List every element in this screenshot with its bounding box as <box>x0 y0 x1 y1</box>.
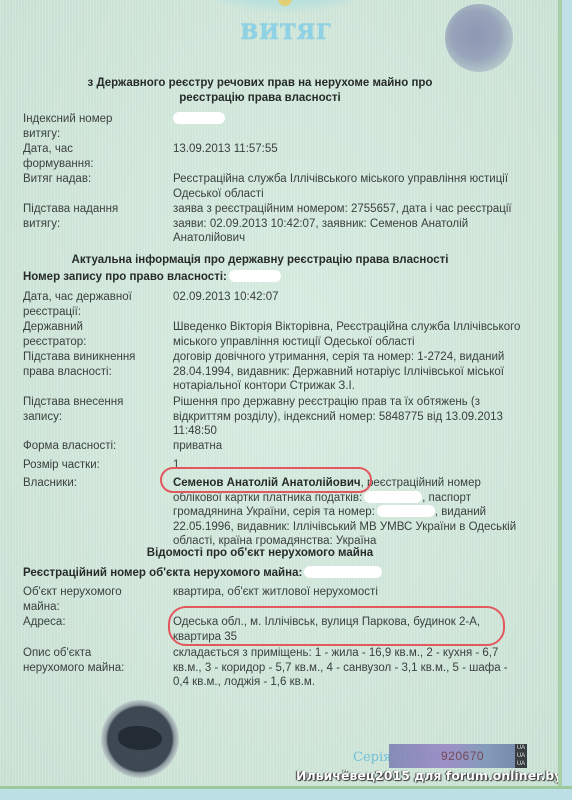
page-border-bottom <box>0 786 572 800</box>
redacted-value <box>377 505 435 517</box>
document-subtitle: з Державного реєстру речових прав на нер… <box>60 76 460 106</box>
ukraine-map-icon <box>118 726 162 750</box>
redacted-value <box>364 491 422 503</box>
redacted-value <box>229 270 281 282</box>
page-border-right <box>558 0 572 800</box>
redacted-value <box>304 566 382 578</box>
document-page: ВИТЯГ з Державного реєстру речових прав … <box>0 0 572 800</box>
coat-of-arms-ornament <box>200 0 370 12</box>
section-title-ownership: Актуальна інформація про державну реєстр… <box>0 254 520 266</box>
serial-sticker: 920670 UAUAUA <box>389 744 527 768</box>
section-title-property: Відомості про об'єкт нерухомого майна <box>0 547 520 559</box>
redacted-value <box>173 112 225 124</box>
property-reg-number: Реєстраційний номер об'єкта нерухомого м… <box>23 566 382 579</box>
document-title: ВИТЯГ <box>0 19 572 44</box>
hologram-seal-icon <box>101 700 179 778</box>
owner-name: Семенов Анатолій Анатолійович <box>173 477 361 489</box>
forum-watermark: Ильичёвец2015 для forum.onliner.by <box>296 768 562 783</box>
ownership-record-number: Номер запису про право власності: <box>23 270 281 283</box>
trident-icon <box>278 0 292 6</box>
serial-number: 920670 <box>441 749 484 763</box>
ua-mark: UAUAUA <box>515 744 527 768</box>
